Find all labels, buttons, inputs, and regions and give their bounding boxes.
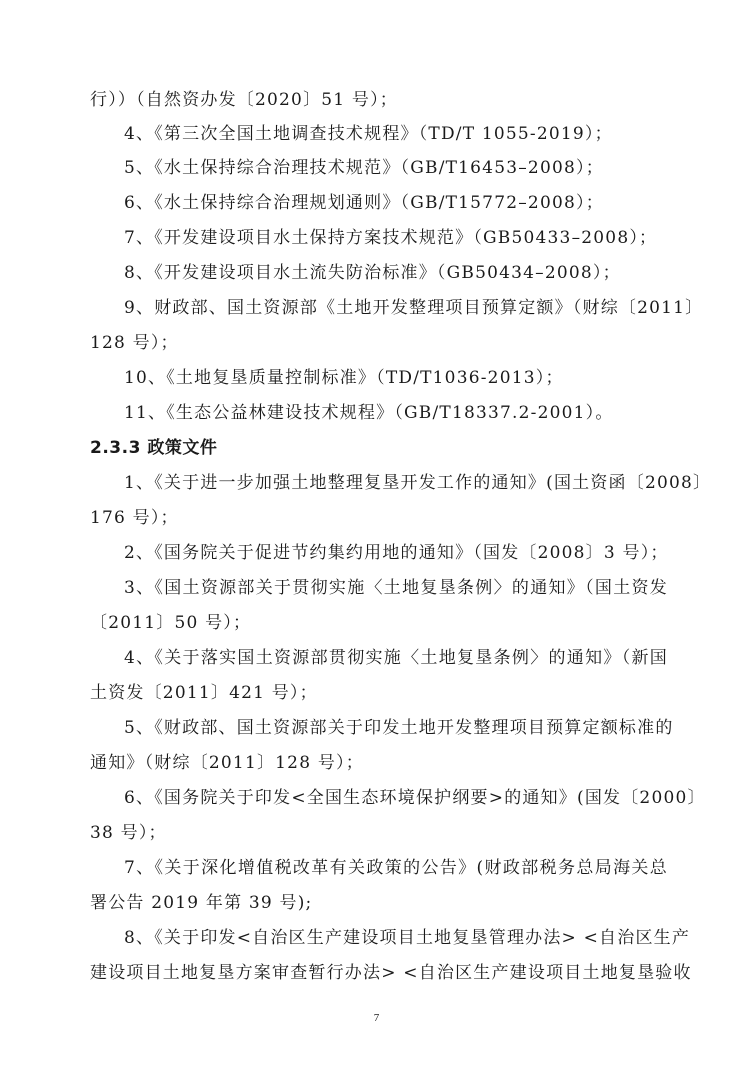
policy-item-8-cont: 建设项目土地复垦方案审查暂行办法> <自治区生产建设项目土地复垦验收 (90, 963, 668, 983)
document-page: 行））（自然资办发〔2020〕51 号）； 4、《第三次全国土地调查技术规程》（… (0, 0, 753, 1066)
policy-item-6-cont: 38 号）； (90, 823, 668, 843)
reference-item-10: 10、《土地复垦质量控制标准》（TD/T1036-2013）； (124, 368, 668, 388)
policy-item-1: 1、《关于进一步加强土地整理复垦开发工作的通知》(国土资函〔2008〕 (124, 473, 668, 493)
policy-item-4-cont: 土资发〔2011〕421 号）； (90, 683, 668, 703)
policy-item-7-cont: 署公告 2019 年第 39 号); (90, 893, 668, 913)
policy-item-7: 7、《关于深化增值税改革有关政策的公告》(财政部税务总局海关总 (124, 858, 668, 878)
policy-item-4: 4、《关于落实国土资源部贯彻实施〈土地复垦条例〉的通知》（新国 (124, 648, 668, 668)
policy-item-8: 8、《关于印发<自治区生产建设项目土地复垦管理办法> <自治区生产 (124, 928, 668, 948)
policy-item-5-cont: 通知》（财综〔2011〕128 号）； (90, 753, 668, 773)
text-line-continuation: 行））（自然资办发〔2020〕51 号）； (90, 90, 668, 110)
page-number: 7 (0, 1012, 753, 1024)
reference-item-8: 8、《开发建设项目水土流失防治标准》（GB50434–2008）； (124, 263, 668, 283)
reference-item-6: 6、《水土保持综合治理规划通则》（GB/T15772–2008）； (124, 193, 668, 213)
reference-item-5: 5、《水土保持综合治理技术规范》（GB/T16453–2008）； (124, 158, 668, 178)
reference-item-11: 11、《生态公益林建设技术规程》（GB/T18337.2-2001）。 (124, 403, 668, 423)
policy-item-2: 2、《国务院关于促进节约集约用地的通知》（国发〔2008〕3 号）； (124, 543, 668, 563)
reference-item-7: 7、《开发建设项目水土保持方案技术规范》（GB50433–2008）； (124, 228, 668, 248)
reference-item-9: 9、财政部、国土资源部《土地开发整理项目预算定额》（财综〔2011〕 (124, 298, 668, 318)
policy-item-3: 3、《国土资源部关于贯彻实施〈土地复垦条例〉的通知》（国土资发 (124, 578, 668, 598)
section-heading: 2.3.3 政策文件 (90, 438, 668, 458)
policy-item-1-cont: 176 号）； (90, 508, 668, 528)
policy-item-5: 5、《财政部、国土资源部关于印发土地开发整理项目预算定额标准的 (124, 718, 668, 738)
policy-item-6: 6、《国务院关于印发<全国生态环境保护纲要>的通知》(国发〔2000〕 (124, 788, 668, 808)
reference-item-4: 4、《第三次全国土地调查技术规程》（TD/T 1055-2019）； (124, 124, 668, 144)
reference-item-9-cont: 128 号）； (90, 333, 668, 353)
policy-item-3-cont: 〔2011〕50 号）； (90, 613, 668, 633)
